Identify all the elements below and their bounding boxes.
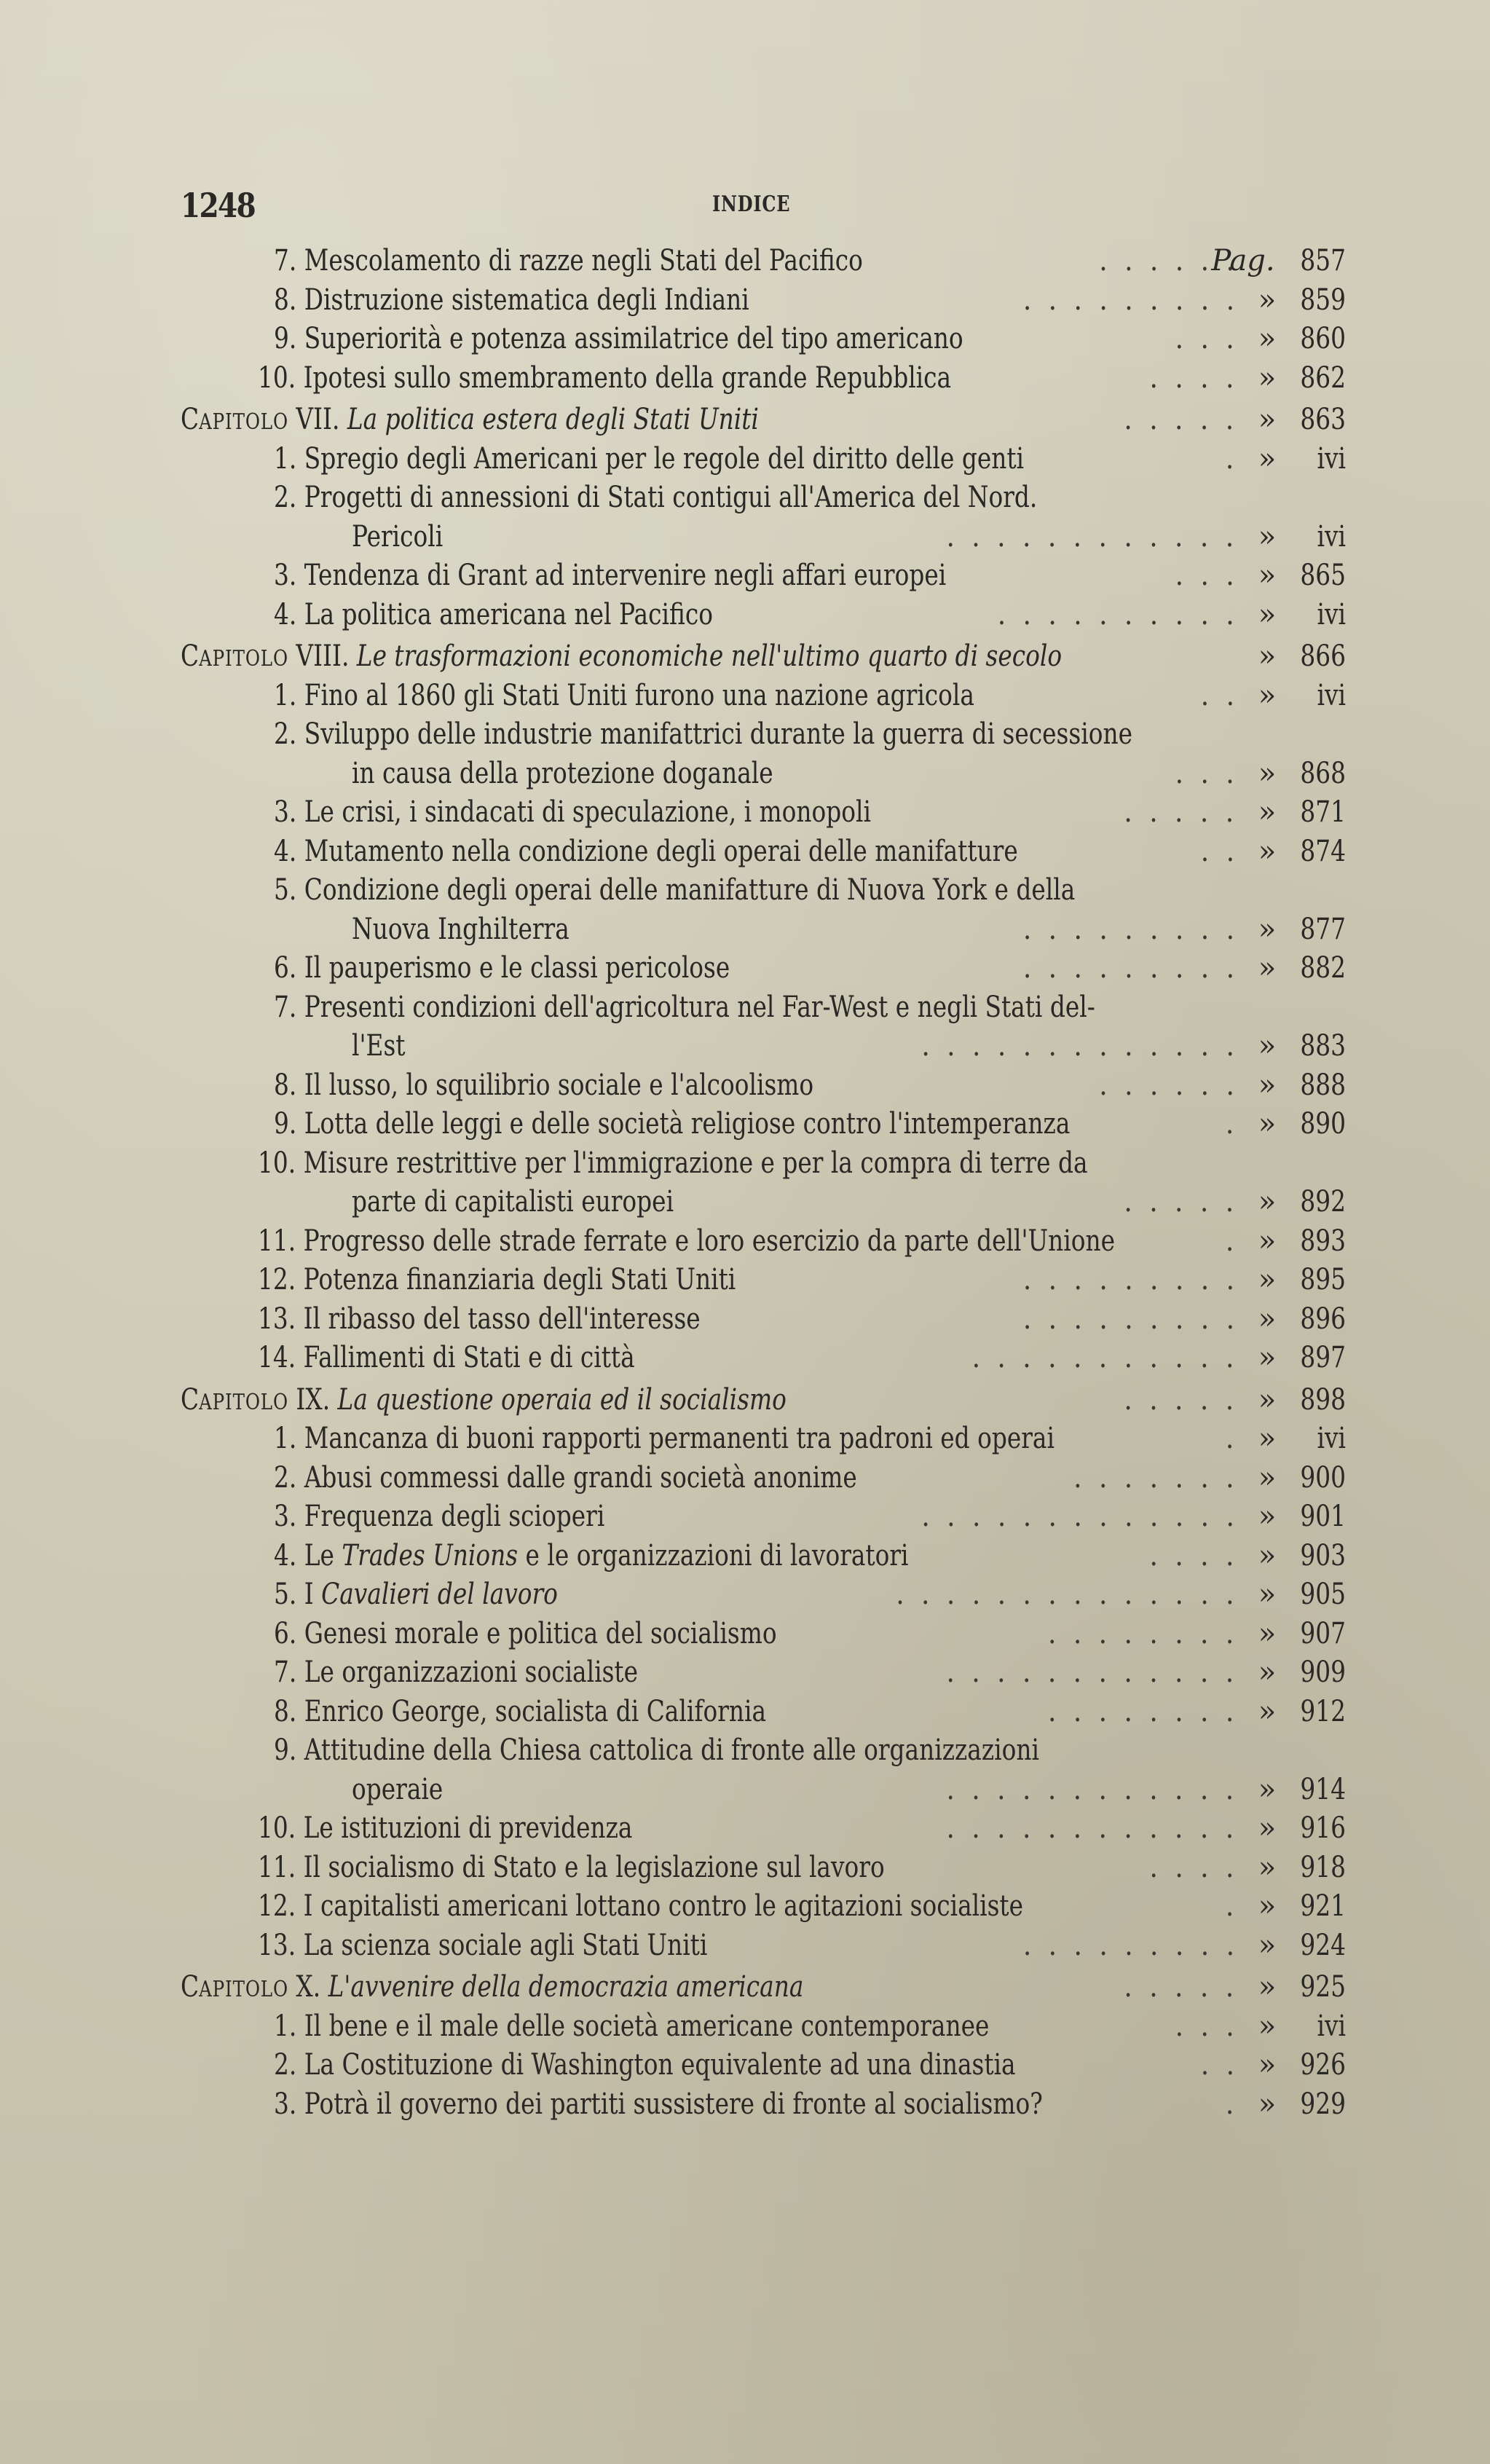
ditto-mark: » <box>1253 556 1282 596</box>
ditto-mark: » <box>1253 1849 1282 1888</box>
ditto-mark: » <box>1253 1183 1282 1222</box>
ditto-mark: » <box>1253 281 1282 320</box>
entry-title: Enrico George, socialista di California <box>304 1695 766 1728</box>
page-ref: 916 <box>1298 1809 1346 1849</box>
entry-title: Potrà il governo dei partiti sussistere … <box>304 2087 1043 2121</box>
entry-title: Distruzione sistematica degli Indiani <box>304 283 749 317</box>
entry-title: I capitalisti americani lottano contro l… <box>304 1889 1023 1923</box>
toc-entry[interactable]: 10. Ipotesi sullo smembramento della gra… <box>181 359 1346 398</box>
page-ref: 874 <box>1298 833 1346 872</box>
entry-title: Tendenza di Grant ad intervenire negli a… <box>304 559 946 592</box>
toc-entry[interactable]: 6. Il pauperismo e le classi pericolose.… <box>181 949 1346 988</box>
chapter-label: C <box>181 1383 199 1417</box>
ditto-mark: » <box>1253 320 1282 359</box>
entry-text: 13. Il ribasso del tasso dell'interesse <box>258 1300 701 1339</box>
entry-text: 7. Mescolamento di razze negli Stati del… <box>274 242 863 281</box>
entry-title: Il lusso, lo squilibrio sociale e l'alco… <box>304 1068 813 1102</box>
toc-entry[interactable]: 2. Progetti di annessioni di Stati conti… <box>181 479 1346 518</box>
ditto-mark: » <box>1253 910 1282 950</box>
dot-leader: ..... <box>1124 793 1251 833</box>
page-ref: ivi <box>1298 440 1346 479</box>
dot-leader: ... <box>1175 320 1251 359</box>
chapter-title: L'avvenire della democrazia americana <box>328 1970 804 2004</box>
entry-title: Fino al 1860 gli Stati Uniti furono una … <box>304 679 974 712</box>
page-ref: 903 <box>1298 1537 1346 1576</box>
page-ref: 866 <box>1298 637 1346 677</box>
toc-entry[interactable]: 5. Condizione degli operai delle manifat… <box>181 871 1346 910</box>
dot-leader: ..... <box>1124 1183 1251 1222</box>
page-ref: 926 <box>1298 2046 1346 2085</box>
entry-text: 12. I capitalisti americani lottano cont… <box>258 1887 1023 1926</box>
entry-number: 2. <box>274 481 304 514</box>
entry-number: 9. <box>274 1107 304 1141</box>
entry-title: Progetti di annessioni di Stati contigui… <box>304 481 1038 514</box>
page-ref: 897 <box>1298 1339 1346 1378</box>
dot-leader: . <box>1226 1420 1251 1459</box>
entry-text: 4. La politica americana nel Pacifico <box>274 596 713 635</box>
entry-text: 4. Le Trades Unions e le organizzazioni … <box>274 1537 909 1576</box>
toc-chapter[interactable]: CAPITOLO IX. La questione operaia ed il … <box>181 1381 1346 1420</box>
entry-number: 1. <box>274 1422 304 1455</box>
entry-text: 2. Abusi commessi dalle grandi società a… <box>274 1459 857 1498</box>
page-ref: 888 <box>1298 1066 1346 1106</box>
toc-entry[interactable]: 1. Fino al 1860 gli Stati Uniti furono u… <box>181 677 1346 716</box>
entry-title: Il socialismo di Stato e la legislazione… <box>304 1851 885 1884</box>
dot-leader: .............. <box>896 1575 1251 1615</box>
ditto-mark: » <box>1253 2046 1282 2085</box>
toc-entry-continuation[interactable]: Nuova Inghilterra.........»877 <box>181 910 1346 950</box>
page-ref: 921 <box>1298 1887 1346 1926</box>
page-ref: 890 <box>1298 1105 1346 1144</box>
entry-text-part: e le organizzazioni di lavoratori <box>518 1539 908 1573</box>
dot-leader: ..... <box>1124 1381 1251 1420</box>
entry-title: La Costituzione di Washington equivalent… <box>304 2048 1016 2082</box>
entry-text: 3. Le crisi, i sindacati di speculazione… <box>274 793 871 833</box>
entry-text: 5. I Cavalieri del lavoro <box>274 1575 558 1615</box>
entry-number: 3. <box>274 559 304 592</box>
entry-text: 3. Potrà il governo dei partiti sussiste… <box>274 2085 1043 2125</box>
page-ref: 868 <box>1298 755 1346 794</box>
dot-leader: . <box>1226 2085 1251 2125</box>
page-ref: ivi <box>1298 596 1346 635</box>
page-ref: 909 <box>1298 1653 1346 1693</box>
chapter-number: IX. <box>288 1383 338 1417</box>
entry-number: 4. <box>274 1539 304 1573</box>
entry-title: Frequenza degli scioperi <box>304 1500 605 1533</box>
page-ref: 882 <box>1298 949 1346 988</box>
page-ref: 929 <box>1298 2085 1346 2125</box>
ditto-mark: » <box>1253 1615 1282 1654</box>
toc-entry[interactable]: 2. La Costituzione di Washington equival… <box>181 2046 1346 2085</box>
dot-leader: ..... <box>1124 401 1251 440</box>
page-ref: 857 <box>1298 242 1346 281</box>
toc-entry[interactable]: 8. Il lusso, lo squilibrio sociale e l'a… <box>181 1066 1346 1106</box>
dot-leader: . <box>1226 1222 1251 1261</box>
ditto-mark: » <box>1253 401 1282 440</box>
ditto-mark: » <box>1253 1771 1282 1810</box>
toc-entry[interactable]: 2. Sviluppo delle industrie manifattrici… <box>181 715 1346 755</box>
entry-continuation-text: l'Est <box>352 1027 405 1066</box>
entry-text: 9. Lotta delle leggi e delle società rel… <box>274 1105 1070 1144</box>
page-ref: 893 <box>1298 1222 1346 1261</box>
entry-title: Mescolamento di razze negli Stati del Pa… <box>304 244 863 278</box>
chapter-number: VIII. <box>288 639 357 673</box>
chapter-label-rest: APITOLO <box>199 1977 288 2002</box>
entry-text: 8. Enrico George, socialista di Californ… <box>274 1693 766 1732</box>
entry-text: 10. Le istituzioni di previdenza <box>258 1809 632 1849</box>
page-ref: 918 <box>1298 1849 1346 1888</box>
entry-text: 1. Il bene e il male delle società ameri… <box>274 2007 989 2047</box>
toc-entry-continuation[interactable]: operaie............»914 <box>181 1771 1346 1810</box>
dot-leader: . <box>1226 1887 1251 1926</box>
entry-title: Ipotesi sullo smembramento della grande … <box>304 361 952 395</box>
chapter-label-rest: APITOLO <box>199 646 288 672</box>
toc-entry[interactable]: 10. Misure restrittive per l'immigrazion… <box>181 1144 1346 1184</box>
pag-label: Pag. <box>1210 242 1276 281</box>
toc-entry[interactable]: 4. La politica americana nel Pacifico...… <box>181 596 1346 635</box>
toc-entry[interactable]: 8. Enrico George, socialista di Californ… <box>181 1693 1346 1732</box>
ditto-mark: » <box>1253 1420 1282 1459</box>
toc-entry[interactable]: 3. Le crisi, i sindacati di speculazione… <box>181 793 1346 833</box>
dot-leader: ... <box>1175 755 1251 794</box>
toc-entry[interactable]: 2. Abusi commessi dalle grandi società a… <box>181 1459 1346 1498</box>
ditto-mark: » <box>1253 359 1282 398</box>
ditto-mark: » <box>1253 2085 1282 2125</box>
entry-title: Superiorità e potenza assimilatrice del … <box>304 322 963 355</box>
entry-text: 1. Spregio degli Americani per le regole… <box>274 440 1024 479</box>
ditto-mark: » <box>1253 596 1282 635</box>
entry-continuation-text: Pericoli <box>352 518 443 557</box>
dot-leader: ............ <box>947 1771 1251 1810</box>
toc-entry[interactable]: 3. Potrà il governo dei partiti sussiste… <box>181 2085 1346 2125</box>
page-ref: ivi <box>1298 518 1346 557</box>
entry-text: 2. Progetti di annessioni di Stati conti… <box>274 479 1037 518</box>
entry-title: Attitudine della Chiesa cattolica di fro… <box>304 1733 1039 1767</box>
toc-entry[interactable]: 5. I Cavalieri del lavoro..............»… <box>181 1575 1346 1615</box>
entry-number: 8. <box>274 1695 304 1728</box>
entry-text: 5. Condizione degli operai delle manifat… <box>274 871 1075 910</box>
entry-text: 6. Il pauperismo e le classi pericolose <box>274 949 730 988</box>
entry-title: Progresso delle strade ferrate e loro es… <box>304 1224 1115 1258</box>
entry-number: 9. <box>274 1733 304 1767</box>
entry-text: 6. Genesi morale e politica del socialis… <box>274 1615 777 1654</box>
toc-entry[interactable]: 12. I capitalisti americani lottano cont… <box>181 1887 1346 1926</box>
entry-text: 10. Ipotesi sullo smembramento della gra… <box>258 359 951 398</box>
ditto-mark: » <box>1253 1381 1282 1420</box>
entry-title: Presenti condizioni dell'agricoltura nel… <box>304 991 1095 1024</box>
entry-number: 13. <box>258 1302 304 1336</box>
ditto-mark: » <box>1253 1459 1282 1498</box>
entry-continuation-text: in causa della protezione doganale <box>352 755 773 794</box>
ditto-mark: » <box>1253 440 1282 479</box>
dot-leader: ......... <box>1022 949 1251 988</box>
entry-number: 3. <box>274 1500 304 1533</box>
entry-title: Potenza finanziaria degli Stati Uniti <box>304 1263 736 1296</box>
toc-entry-continuation[interactable]: parte di capitalisti europei.....»892 <box>181 1183 1346 1222</box>
ditto-mark: » <box>1253 1537 1282 1576</box>
entry-number: 1. <box>274 679 304 712</box>
entry-text: 10. Misure restrittive per l'immigrazion… <box>258 1144 1088 1184</box>
toc-entry[interactable]: 7. Le organizzazioni socialiste.........… <box>181 1653 1346 1693</box>
toc-chapter[interactable]: CAPITOLO VII. La politica estera degli S… <box>181 401 1346 440</box>
entry-number: 5. <box>274 1578 304 1611</box>
entry-title: Abusi commessi dalle grandi società anon… <box>304 1461 857 1495</box>
entry-number: 1. <box>274 442 304 476</box>
ditto-mark: » <box>1253 1027 1282 1066</box>
toc-chapter[interactable]: CAPITOLO X. L'avvenire della democrazia … <box>181 1968 1346 2007</box>
dot-leader: .. <box>1200 2046 1251 2085</box>
entry-number: 1. <box>274 2010 304 2043</box>
entry-title: Condizione degli operai delle manifattur… <box>304 873 1076 907</box>
entry-number: 7. <box>274 1656 304 1689</box>
toc-entry[interactable]: 13. La scienza sociale agli Stati Uniti.… <box>181 1926 1346 1966</box>
entry-text: 11. Progresso delle strade ferrate e lor… <box>258 1222 1115 1261</box>
dot-leader: ............ <box>947 518 1251 557</box>
dot-leader: ... <box>1175 2007 1251 2047</box>
toc-entry[interactable]: 3. Frequenza degli scioperi.............… <box>181 1497 1346 1537</box>
toc-entry[interactable]: 4. Mutamento nella condizione degli oper… <box>181 833 1346 872</box>
toc-entry[interactable]: 1. Il bene e il male delle società ameri… <box>181 2007 1346 2047</box>
dot-leader: ............. <box>921 1027 1251 1066</box>
entry-title: Misure restrittive per l'immigrazione e … <box>304 1146 1088 1180</box>
entry-number: 2. <box>274 2048 304 2082</box>
ditto-mark: » <box>1253 755 1282 794</box>
toc-entry[interactable]: 11. Progresso delle strade ferrate e lor… <box>181 1222 1346 1261</box>
entry-title: Le crisi, i sindacati di speculazione, i… <box>304 795 871 829</box>
chapter-number: VII. <box>288 403 347 436</box>
page-ref: 901 <box>1298 1497 1346 1537</box>
toc-entry[interactable]: 9. Attitudine della Chiesa cattolica di … <box>181 1731 1346 1771</box>
entry-number: 11. <box>258 1851 304 1884</box>
entry-text: 7. Presenti condizioni dell'agricoltura … <box>274 988 1095 1028</box>
entry-continuation-text: Nuova Inghilterra <box>352 910 569 950</box>
dot-leader: ......... <box>1022 1926 1251 1966</box>
page-ref: ivi <box>1298 677 1346 716</box>
ditto-mark: » <box>1253 1497 1282 1537</box>
dot-leader: ........... <box>972 1339 1251 1378</box>
ditto-mark: » <box>1253 677 1282 716</box>
dot-leader: .... <box>1150 359 1251 398</box>
ditto-mark: » <box>1253 1261 1282 1300</box>
entry-text-part: Trades Unions <box>342 1539 518 1573</box>
dot-leader: ......... <box>1022 281 1251 320</box>
entry-text: 9. Superiorità e potenza assimilatrice d… <box>274 320 963 359</box>
entry-number: 9. <box>274 322 304 355</box>
toc-entry[interactable]: 11. Il socialismo di Stato e la legislaz… <box>181 1849 1346 1888</box>
entry-title: Il bene e il male delle società american… <box>304 2010 990 2043</box>
entry-number: 12. <box>258 1889 304 1923</box>
chapter-number: X. <box>288 1970 328 2004</box>
dot-leader: ............ <box>947 1653 1251 1693</box>
dot-leader: .... <box>1150 1537 1251 1576</box>
page-number: 1248 <box>181 186 255 225</box>
toc-entry[interactable]: 6. Genesi morale e politica del socialis… <box>181 1615 1346 1654</box>
toc-entry[interactable]: 12. Potenza finanziaria degli Stati Unit… <box>181 1261 1346 1300</box>
entry-number: 8. <box>274 283 304 317</box>
page-ref: 912 <box>1298 1693 1346 1732</box>
ditto-mark: » <box>1253 2007 1282 2047</box>
entry-title: Genesi morale e politica del socialismo <box>304 1617 777 1650</box>
entry-number: 13. <box>258 1929 304 1962</box>
ditto-mark: » <box>1253 1222 1282 1261</box>
ditto-mark: » <box>1253 1809 1282 1849</box>
entry-number: 2. <box>274 1461 304 1495</box>
toc-entry[interactable]: 9. Lotta delle leggi e delle società rel… <box>181 1105 1346 1144</box>
dot-leader: . <box>1226 440 1251 479</box>
ditto-mark: » <box>1253 949 1282 988</box>
toc-entry[interactable]: 14. Fallimenti di Stati e di città......… <box>181 1339 1346 1378</box>
toc-entry[interactable]: 13. Il ribasso del tasso dell'interesse.… <box>181 1300 1346 1339</box>
entry-title: Il pauperismo e le classi pericolose <box>304 951 730 985</box>
entry-text: 8. Distruzione sistematica degli Indiani <box>274 281 749 320</box>
ditto-mark: » <box>1253 1968 1282 2007</box>
entry-text: 4. Mutamento nella condizione degli oper… <box>274 833 1018 872</box>
toc-entry[interactable]: 7. Presenti condizioni dell'agricoltura … <box>181 988 1346 1028</box>
page-ref: 924 <box>1298 1926 1346 1966</box>
entry-title: Mancanza di buoni rapporti permanenti tr… <box>304 1422 1055 1455</box>
toc-entry-continuation[interactable]: Pericoli............»ivi <box>181 518 1346 557</box>
entry-number: 3. <box>274 795 304 829</box>
entry-number: 10. <box>258 361 304 395</box>
entry-text: 12. Potenza finanziaria degli Stati Unit… <box>258 1261 736 1300</box>
page-ref: 898 <box>1298 1381 1346 1420</box>
running-head: INDICE <box>712 192 790 217</box>
dot-leader: .. <box>1200 833 1251 872</box>
toc-entry[interactable]: 4. Le Trades Unions e le organizzazioni … <box>181 1537 1346 1576</box>
entry-text-part: I <box>304 1578 321 1611</box>
entry-text: 3. Tendenza di Grant ad intervenire negl… <box>274 556 946 596</box>
ditto-mark: » <box>1253 637 1282 677</box>
entry-number: 12. <box>258 1263 304 1296</box>
entry-title: Lotta delle leggi e delle società religi… <box>304 1107 1071 1141</box>
chapter-heading: CAPITOLO IX. La questione operaia ed il … <box>181 1381 787 1422</box>
entry-number: 3. <box>274 2087 304 2121</box>
page-ref: ivi <box>1298 1420 1346 1459</box>
dot-leader: ... <box>1175 556 1251 596</box>
entry-number: 2. <box>274 717 304 751</box>
toc-entry[interactable]: 3. Tendenza di Grant ad intervenire negl… <box>181 556 1346 596</box>
entry-title: Mutamento nella condizione degli operai … <box>304 835 1018 868</box>
chapter-heading: CAPITOLO X. L'avvenire della democrazia … <box>181 1968 803 2010</box>
entry-title: Sviluppo delle industrie manifattrici du… <box>304 717 1132 751</box>
entry-number: 6. <box>274 1617 304 1650</box>
entry-text: 1. Mancanza di buoni rapporti permanenti… <box>274 1420 1055 1459</box>
entry-text: 2. Sviluppo delle industrie manifattrici… <box>274 715 1132 755</box>
toc-entry[interactable]: 10. Le istituzioni di previdenza........… <box>181 1809 1346 1849</box>
toc-entry[interactable]: 1. Spregio degli Americani per le regole… <box>181 440 1346 479</box>
entry-number: 8. <box>274 1068 304 1102</box>
entry-continuation-text: operaie <box>352 1771 443 1810</box>
entry-text: 1. Fino al 1860 gli Stati Uniti furono u… <box>274 677 974 716</box>
dot-leader: ......... <box>1022 1300 1251 1339</box>
ditto-mark: » <box>1253 1339 1282 1378</box>
ditto-mark: » <box>1253 1653 1282 1693</box>
entry-title: Fallimenti di Stati e di città <box>304 1341 635 1374</box>
page-ref: 863 <box>1298 401 1346 440</box>
toc-entry-continuation[interactable]: in causa della protezione doganale...»86… <box>181 755 1346 794</box>
toc-entry[interactable]: 8. Distruzione sistematica degli Indiani… <box>181 281 1346 320</box>
page-ref: 895 <box>1298 1261 1346 1300</box>
entry-number: 14. <box>258 1341 304 1374</box>
chapter-label: C <box>181 403 199 436</box>
entry-text: 9. Attitudine della Chiesa cattolica di … <box>274 1731 1039 1771</box>
toc-entry-continuation[interactable]: l'Est.............»883 <box>181 1027 1346 1066</box>
dot-leader: ........ <box>1048 1693 1251 1732</box>
entry-text: 7. Le organizzazioni socialiste <box>274 1653 638 1693</box>
entry-text-part: Cavalieri del lavoro <box>321 1578 558 1611</box>
chapter-label-rest: APITOLO <box>199 1390 288 1415</box>
page-ref: 865 <box>1298 556 1346 596</box>
entry-title: Le organizzazioni socialiste <box>304 1656 638 1689</box>
entry-text: 13. La scienza sociale agli Stati Uniti <box>258 1926 707 1966</box>
chapter-title: La questione operaia ed il socialismo <box>338 1383 787 1417</box>
dot-leader: ......... <box>1022 1261 1251 1300</box>
chapter-title: La politica estera degli Stati Uniti <box>347 403 759 436</box>
dot-leader: ....... <box>1073 1459 1251 1498</box>
dot-leader: ..... <box>1124 1968 1251 2007</box>
ditto-mark: » <box>1253 1105 1282 1144</box>
page-ref: 907 <box>1298 1615 1346 1654</box>
dot-leader: .......... <box>998 596 1251 635</box>
toc-chapter[interactable]: CAPITOLO VIII. Le trasformazioni economi… <box>181 637 1346 677</box>
ditto-mark: » <box>1253 1066 1282 1106</box>
dot-leader: .. <box>1200 677 1251 716</box>
ditto-mark: » <box>1253 1300 1282 1339</box>
entry-text: 14. Fallimenti di Stati e di città <box>258 1339 635 1378</box>
page-ref: 862 <box>1298 359 1346 398</box>
entry-title: Le istituzioni di previdenza <box>304 1811 633 1845</box>
ditto-mark: » <box>1253 793 1282 833</box>
entry-text: 2. La Costituzione di Washington equival… <box>274 2046 1016 2085</box>
page-header: 1248 INDICE <box>181 186 1346 229</box>
ditto-mark: » <box>1253 1575 1282 1615</box>
dot-leader: ............. <box>921 1497 1251 1537</box>
page-ref: ivi <box>1298 2007 1346 2047</box>
entry-title: Il ribasso del tasso dell'interesse <box>304 1302 701 1336</box>
ditto-mark: » <box>1253 1887 1282 1926</box>
entry-number: 4. <box>274 835 304 868</box>
ditto-mark: » <box>1253 1926 1282 1966</box>
toc-entry[interactable]: 1. Mancanza di buoni rapporti permanenti… <box>181 1420 1346 1459</box>
toc-entry[interactable]: 7. Mescolamento di razze negli Stati del… <box>181 242 1346 281</box>
dot-leader: . <box>1226 1105 1251 1144</box>
entry-number: 11. <box>258 1224 304 1258</box>
page-ref: 905 <box>1298 1575 1346 1615</box>
dot-leader: ......... <box>1022 910 1251 950</box>
entry-number: 5. <box>274 873 304 907</box>
ditto-mark: » <box>1253 833 1282 872</box>
dot-leader: ........ <box>1048 1615 1251 1654</box>
page-ref: 892 <box>1298 1183 1346 1222</box>
page-ref: 859 <box>1298 281 1346 320</box>
chapter-label-rest: APITOLO <box>199 409 288 435</box>
table-of-contents: 7. Mescolamento di razze negli Stati del… <box>181 242 1346 2124</box>
dot-leader: .... <box>1150 1849 1251 1888</box>
dot-leader: ...... <box>1099 1066 1251 1106</box>
entry-number: 10. <box>258 1146 304 1180</box>
toc-entry[interactable]: 9. Superiorità e potenza assimilatrice d… <box>181 320 1346 359</box>
page-ref: 871 <box>1298 793 1346 833</box>
page-ref: 883 <box>1298 1027 1346 1066</box>
entry-number: 7. <box>274 244 304 278</box>
entry-number: 10. <box>258 1811 304 1845</box>
entry-number: 6. <box>274 951 304 985</box>
page-ref: 900 <box>1298 1459 1346 1498</box>
chapter-label: C <box>181 639 199 673</box>
entry-number: 4. <box>274 598 304 631</box>
entry-title: La politica americana nel Pacifico <box>304 598 713 631</box>
entry-number: 7. <box>274 991 304 1024</box>
